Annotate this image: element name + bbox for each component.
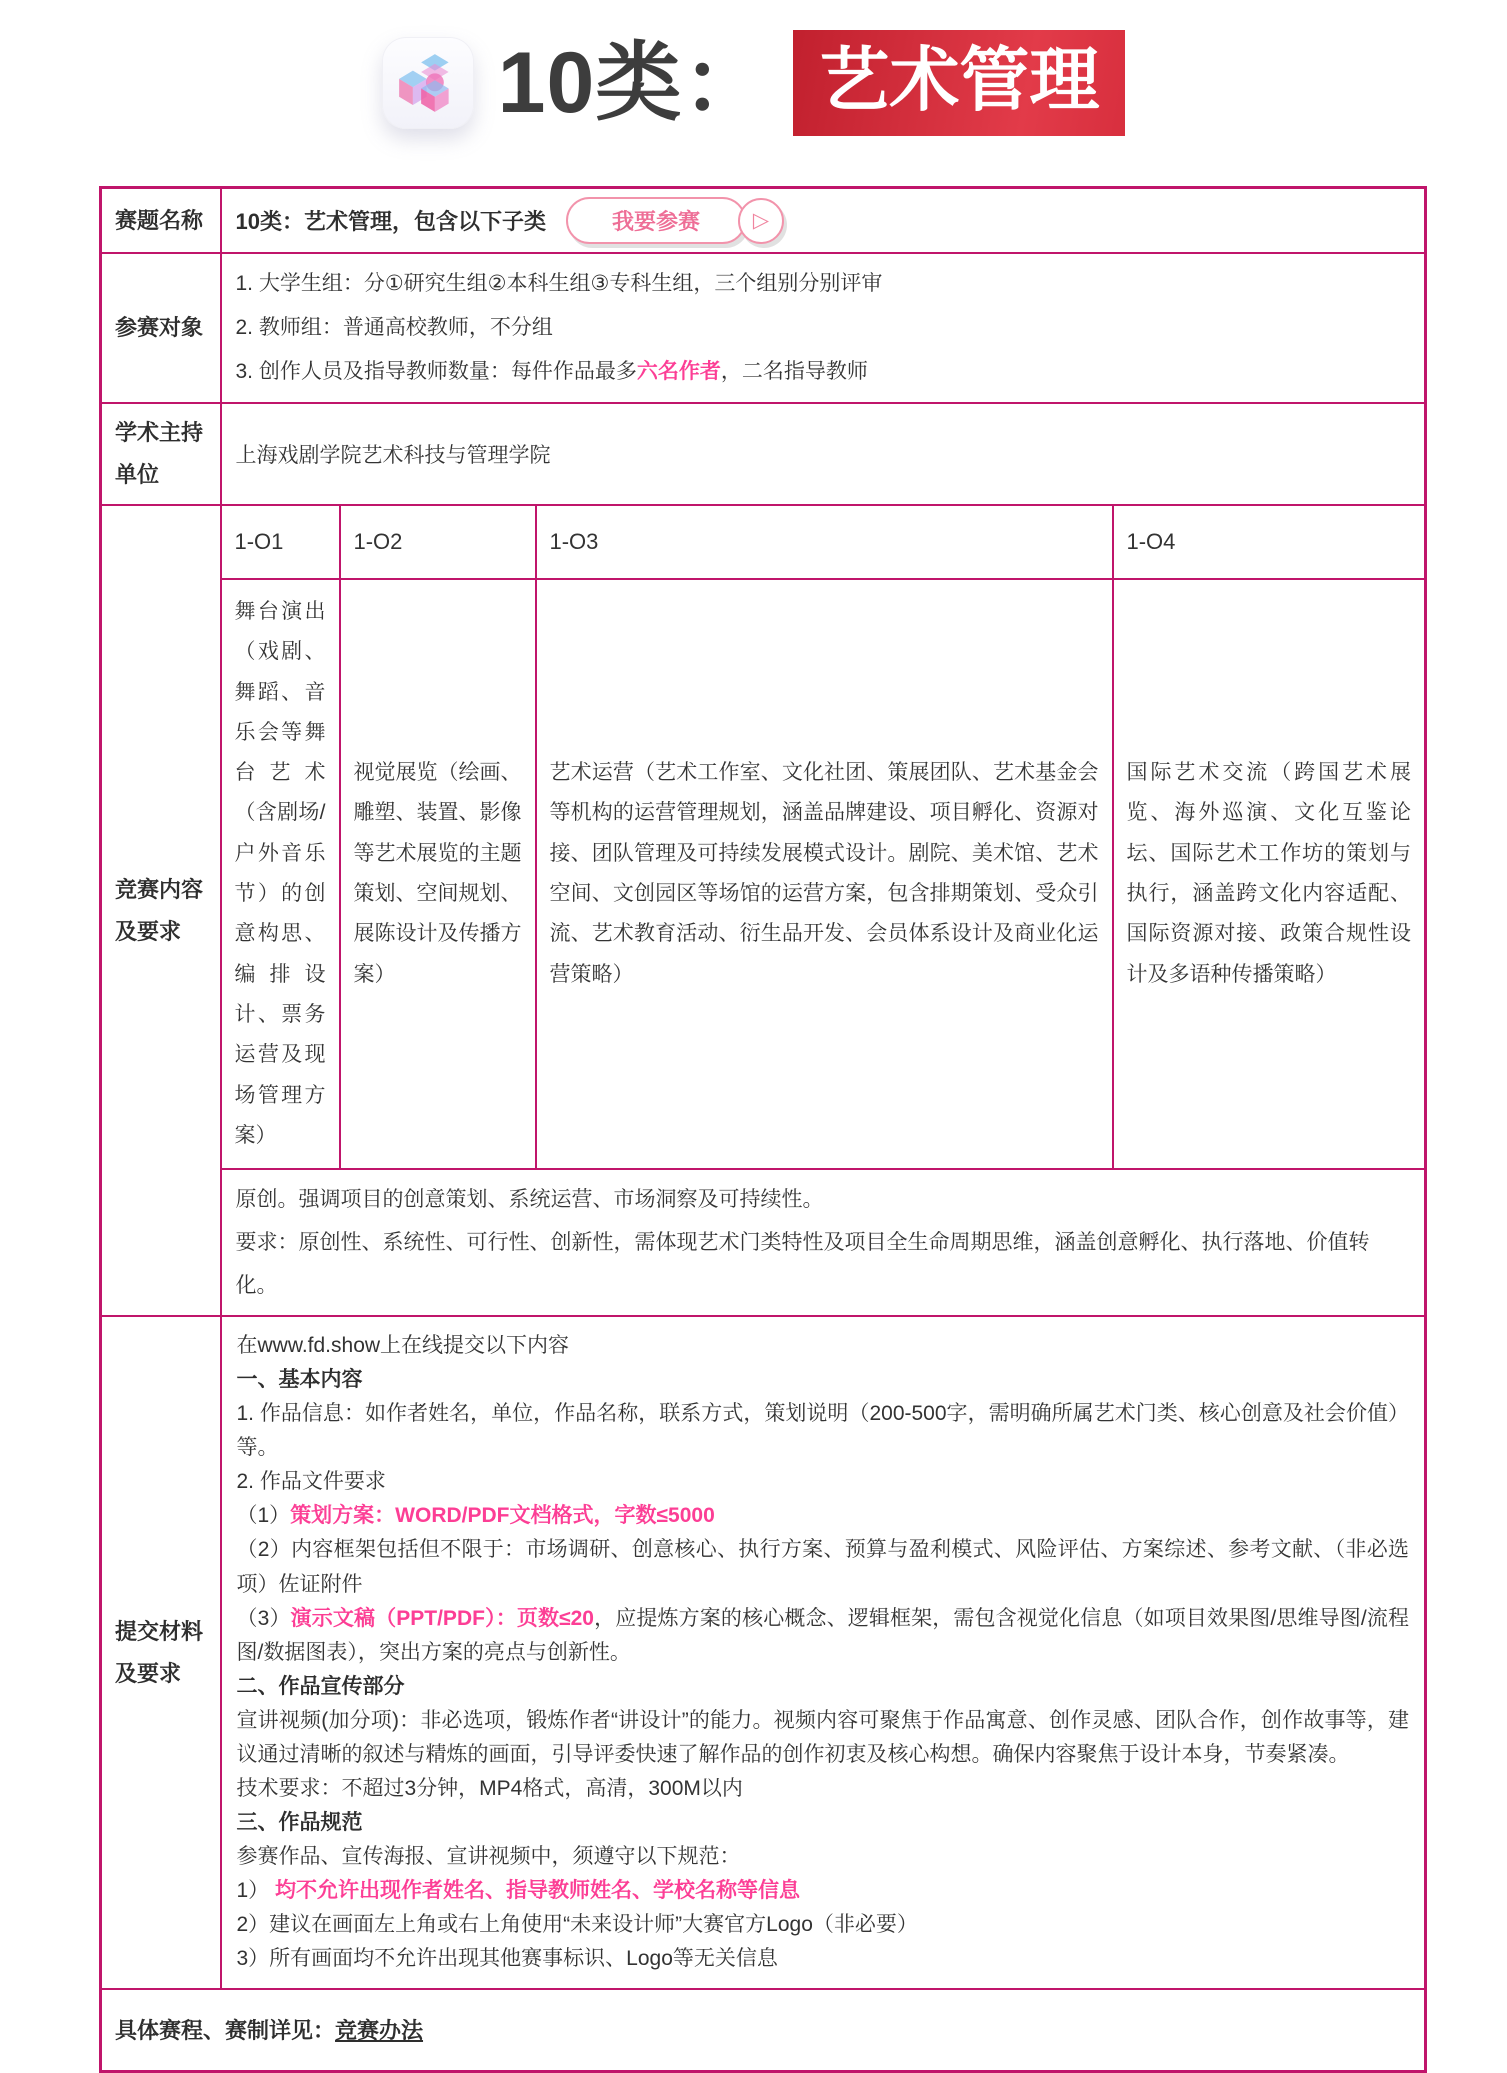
submission-cell: 在www.fd.show上在线提交以下内容 一、基本内容 1. 作品信息：如作者…: [221, 1316, 1426, 1988]
planning-doc-highlight: 策划方案：WORD/PDF文档格式，字数≤5000: [290, 1504, 715, 1527]
subcategory-code-1-o2: 1-O2: [340, 505, 536, 579]
s1-item5-prefix: （3）: [237, 1607, 291, 1630]
subcategory-desc-1-o4: 国际艺术交流（跨国艺术展览、海外巡演、文化互鉴论坛、国际艺术工作坊的策划与执行，…: [1113, 579, 1426, 1169]
subcategory-code-1-o1: 1-O1: [221, 505, 340, 579]
originality-note-line1: 原创。强调项目的创意策划、系统运营、市场洞察及可持续性。: [236, 1178, 1411, 1221]
page-title: 10类：: [498, 40, 770, 126]
category-badge: 艺术管理: [793, 30, 1125, 135]
row-footer: 具体赛程、赛制详见：竞赛办法: [101, 1989, 1426, 2072]
row-participants: 参赛对象 1. 大学生组：分①研究生组②本科生组③专科生组，三个组别分别评审 2…: [101, 253, 1426, 403]
schedule-text: 具体赛程、赛制详见：: [115, 2018, 335, 2043]
submission-s3-item3: 3）所有画面均不允许出现其他赛事标识、Logo等无关信息: [237, 1942, 1410, 1976]
subcategory-desc-1-o3: 艺术运营（艺术工作室、文化社团、策展团队、艺术基金会等机构的运营管理规划，涵盖品…: [536, 579, 1113, 1169]
submission-s3-item1: 1） 均不允许出现作者姓名、指导教师姓名、学校名称等信息: [237, 1874, 1410, 1908]
participant-group-item: 3. 创作人员及指导教师数量：每件作品最多六名作者，二名指导教师: [236, 350, 1411, 394]
competition-rules-link[interactable]: 竞赛办法: [335, 2018, 423, 2043]
join-contest-label[interactable]: 我要参赛: [566, 197, 746, 244]
participants-cell: 1. 大学生组：分①研究生组②本科生组③专科生组，三个组别分别评审 2. 教师组…: [221, 253, 1426, 403]
participants-label: 参赛对象: [101, 253, 221, 403]
schedule-cell: 具体赛程、赛制详见：竞赛办法: [101, 1989, 1426, 2072]
s3-item1-prefix: 1）: [237, 1879, 270, 1902]
submission-label-line2: 及要求: [115, 1653, 206, 1695]
submission-s1-item5: （3）演示文稿（PPT/PDF）：页数≤20，应提炼方案的核心概念、逻辑框架，需…: [237, 1602, 1410, 1670]
host-label: 学术主持 单位: [101, 403, 221, 505]
subcategory-desc-1-o1: 舞台演出（戏剧、舞蹈、音乐会等舞台艺术（含剧场/户外音乐节）的创意构思、编排设计…: [221, 579, 340, 1169]
subcategory-code-1-o4: 1-O4: [1113, 505, 1426, 579]
author-limit-highlight: 六名作者: [637, 360, 721, 383]
subcategory-code-1-o3: 1-O3: [536, 505, 1113, 579]
competition-label: 竞赛内容 及要求: [101, 505, 221, 1317]
join-contest-button[interactable]: 我要参赛 ▷: [566, 197, 784, 244]
anonymity-rule-highlight: 均不允许出现作者姓名、指导教师姓名、学校名称等信息: [275, 1879, 800, 1902]
originality-note-cell: 原创。强调项目的创意策划、系统运营、市场洞察及可持续性。 要求：原创性、系统性、…: [221, 1169, 1426, 1316]
host-cell: 上海戏剧学院艺术科技与管理学院: [221, 403, 1426, 505]
host-label-line1: 学术主持: [115, 412, 206, 454]
submission-s2-item2: 技术要求：不超过3分钟，MP4格式，高清，300M以内: [237, 1772, 1410, 1806]
row-topic: 赛题名称 10类：艺术管理，包含以下子类 我要参赛 ▷: [101, 188, 1426, 254]
presentation-doc-highlight: 演示文稿（PPT/PDF）：页数≤20: [291, 1607, 594, 1630]
play-icon[interactable]: ▷: [738, 198, 784, 244]
row-originality-note: 原创。强调项目的创意策划、系统运营、市场洞察及可持续性。 要求：原创性、系统性、…: [101, 1169, 1426, 1316]
s1-item3-prefix: （1）: [237, 1504, 291, 1527]
cubes-logo-icon: [382, 37, 474, 129]
submission-s3-intro: 参赛作品、宣传海报、宣讲视频中，须遵守以下规范：: [237, 1840, 1410, 1874]
submission-s3-item2: 2）建议在画面左上角或右上角使用“未来设计师”大赛官方Logo（非必要）: [237, 1908, 1410, 1942]
submission-section3-title: 三、作品规范: [237, 1806, 1410, 1840]
host-label-line2: 单位: [115, 454, 206, 496]
submission-s1-item3: （1）策划方案：WORD/PDF文档格式，字数≤5000: [237, 1499, 1410, 1533]
topic-cell: 10类：艺术管理，包含以下子类 我要参赛 ▷: [221, 188, 1426, 254]
submission-label: 提交材料 及要求: [101, 1316, 221, 1988]
submission-section1-title: 一、基本内容: [237, 1363, 1410, 1397]
submission-intro: 在www.fd.show上在线提交以下内容: [237, 1329, 1410, 1363]
participant-group-item: 2. 教师组：普通高校教师，不分组: [236, 306, 1411, 350]
row-subcategory-descriptions: 舞台演出（戏剧、舞蹈、音乐会等舞台艺术（含剧场/户外音乐节）的创意构思、编排设计…: [101, 579, 1426, 1169]
submission-s1-item4: （2）内容框架包括但不限于：市场调研、创意核心、执行方案、预算与盈利模式、风险评…: [237, 1533, 1410, 1601]
competition-label-line1: 竞赛内容: [115, 869, 206, 911]
submission-label-line1: 提交材料: [115, 1611, 206, 1653]
row-subcategory-codes: 竞赛内容 及要求 1-O1 1-O2 1-O3 1-O4: [101, 505, 1426, 579]
participant-item3-prefix: 3. 创作人员及指导教师数量：每件作品最多: [236, 360, 637, 383]
topic-label: 赛题名称: [101, 188, 221, 254]
participant-group-item: 1. 大学生组：分①研究生组②本科生组③专科生组，三个组别分别评审: [236, 262, 1411, 306]
submission-s1-item1: 1. 作品信息：如作者姓名，单位，作品名称，联系方式，策划说明（200-500字…: [237, 1397, 1410, 1465]
participant-item3-suffix: ，二名指导教师: [721, 360, 868, 383]
competition-info-table: 赛题名称 10类：艺术管理，包含以下子类 我要参赛 ▷ 参赛对象 1. 大学生组…: [99, 186, 1427, 2073]
submission-s1-item2: 2. 作品文件要求: [237, 1465, 1410, 1499]
row-host: 学术主持 单位 上海戏剧学院艺术科技与管理学院: [101, 403, 1426, 505]
cubes-logo-svg: [395, 50, 461, 116]
originality-note-line2: 要求：原创性、系统性、可行性、创新性，需体现艺术门类特性及项目全生命周期思维，涵…: [236, 1221, 1411, 1307]
page-header: 10类： 艺术管理: [0, 0, 1507, 142]
subcategory-desc-1-o2: 视觉展览（绘画、雕塑、装置、影像等艺术展览的主题策划、空间规划、展陈设计及传播方…: [340, 579, 536, 1169]
row-submission: 提交材料 及要求 在www.fd.show上在线提交以下内容 一、基本内容 1.…: [101, 1316, 1426, 1988]
submission-section2-title: 二、作品宣传部分: [237, 1670, 1410, 1704]
topic-text: 10类：艺术管理，包含以下子类: [236, 205, 546, 236]
submission-s2-item1: 宣讲视频(加分项)：非必选项，锻炼作者“讲设计”的能力。视频内容可聚焦于作品寓意…: [237, 1704, 1410, 1772]
competition-label-line2: 及要求: [115, 911, 206, 953]
